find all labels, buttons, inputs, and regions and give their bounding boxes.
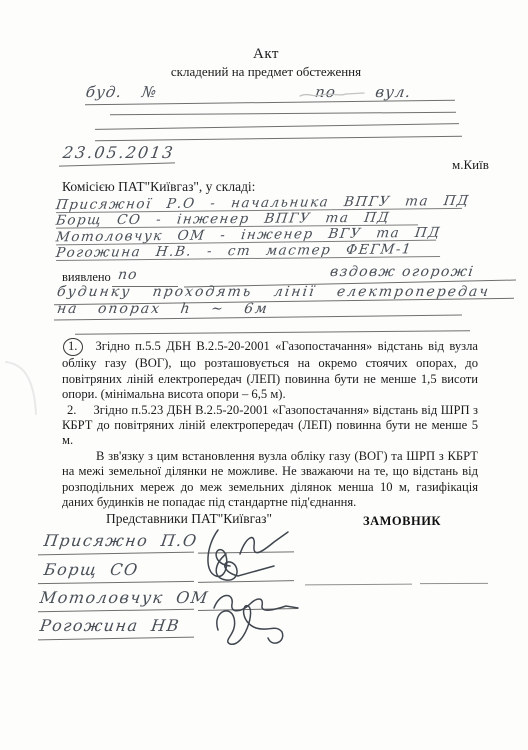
fill-line <box>95 136 462 141</box>
fill-line <box>110 112 456 115</box>
item-number-1-circled: 1. <box>63 338 83 356</box>
scan-artifact <box>2 352 46 418</box>
paragraph-2-text: Згідно п.5.23 ДБН В.2.5-20-2001 «Газопос… <box>62 403 478 448</box>
scanned-document-page: Акт складений на предмет обстеження буд.… <box>0 0 528 750</box>
commission-label: Комісією ПАТ"Київгаз", у складі: <box>62 179 255 195</box>
document-title: Акт <box>60 46 472 63</box>
customer-header: ЗАМОВНИК <box>363 514 441 529</box>
signature-mark <box>200 552 300 586</box>
findings-handwriting-end: вздовж огорожі <box>330 263 474 281</box>
signature-mark <box>204 600 294 654</box>
signer-name: Борщ СО <box>44 560 139 580</box>
signature-line <box>38 637 194 641</box>
signature-line <box>38 552 194 556</box>
signer-name: Мотоловчук ОМ <box>40 588 209 608</box>
customer-signature-line <box>420 583 488 584</box>
findings-handwriting-line3: на опорах h ~ 6м <box>57 300 269 318</box>
body-text-block: 1.Згідно п.5.5 ДБН В.2.5-20-2001 «Газопо… <box>62 338 478 510</box>
fill-line <box>95 123 459 130</box>
paragraph-2: 2.Згідно п.5.23 ДБН В.2.5-20-2001 «Газоп… <box>62 403 478 449</box>
city-label: м.Київ <box>452 157 489 173</box>
date-underline <box>59 162 175 166</box>
signer-name: Рогожина НВ <box>40 616 180 636</box>
commission-member-row: Рогожина Н.В. - ст мастер ФЕГМ-1 <box>56 240 440 261</box>
faded-handwriting-mark <box>298 88 368 100</box>
paragraph-3: В зв'язку з цим встановлення вузла облік… <box>62 449 478 511</box>
signer-name: Присяжно П.О <box>44 531 198 551</box>
fill-line <box>75 330 470 334</box>
paragraph-1: 1.Згідно п.5.5 ДБН В.2.5-20-2001 «Газопо… <box>62 338 478 403</box>
paragraph-3-text: В зв'язку з цим встановлення вузла облік… <box>62 449 478 509</box>
customer-signature-line <box>305 584 412 586</box>
item-number-2: 2. <box>67 403 76 418</box>
findings-handwriting-start: по <box>118 266 137 284</box>
handwritten-date: 23.05.2013 <box>63 143 175 163</box>
signature-line <box>38 581 194 584</box>
paragraph-1-text: Згідно п.5.5 ДБН В.2.5-20-2001 «Газопост… <box>62 339 478 401</box>
signature-line <box>38 609 194 612</box>
document-subtitle: складений на предмет обстеження <box>60 64 472 80</box>
